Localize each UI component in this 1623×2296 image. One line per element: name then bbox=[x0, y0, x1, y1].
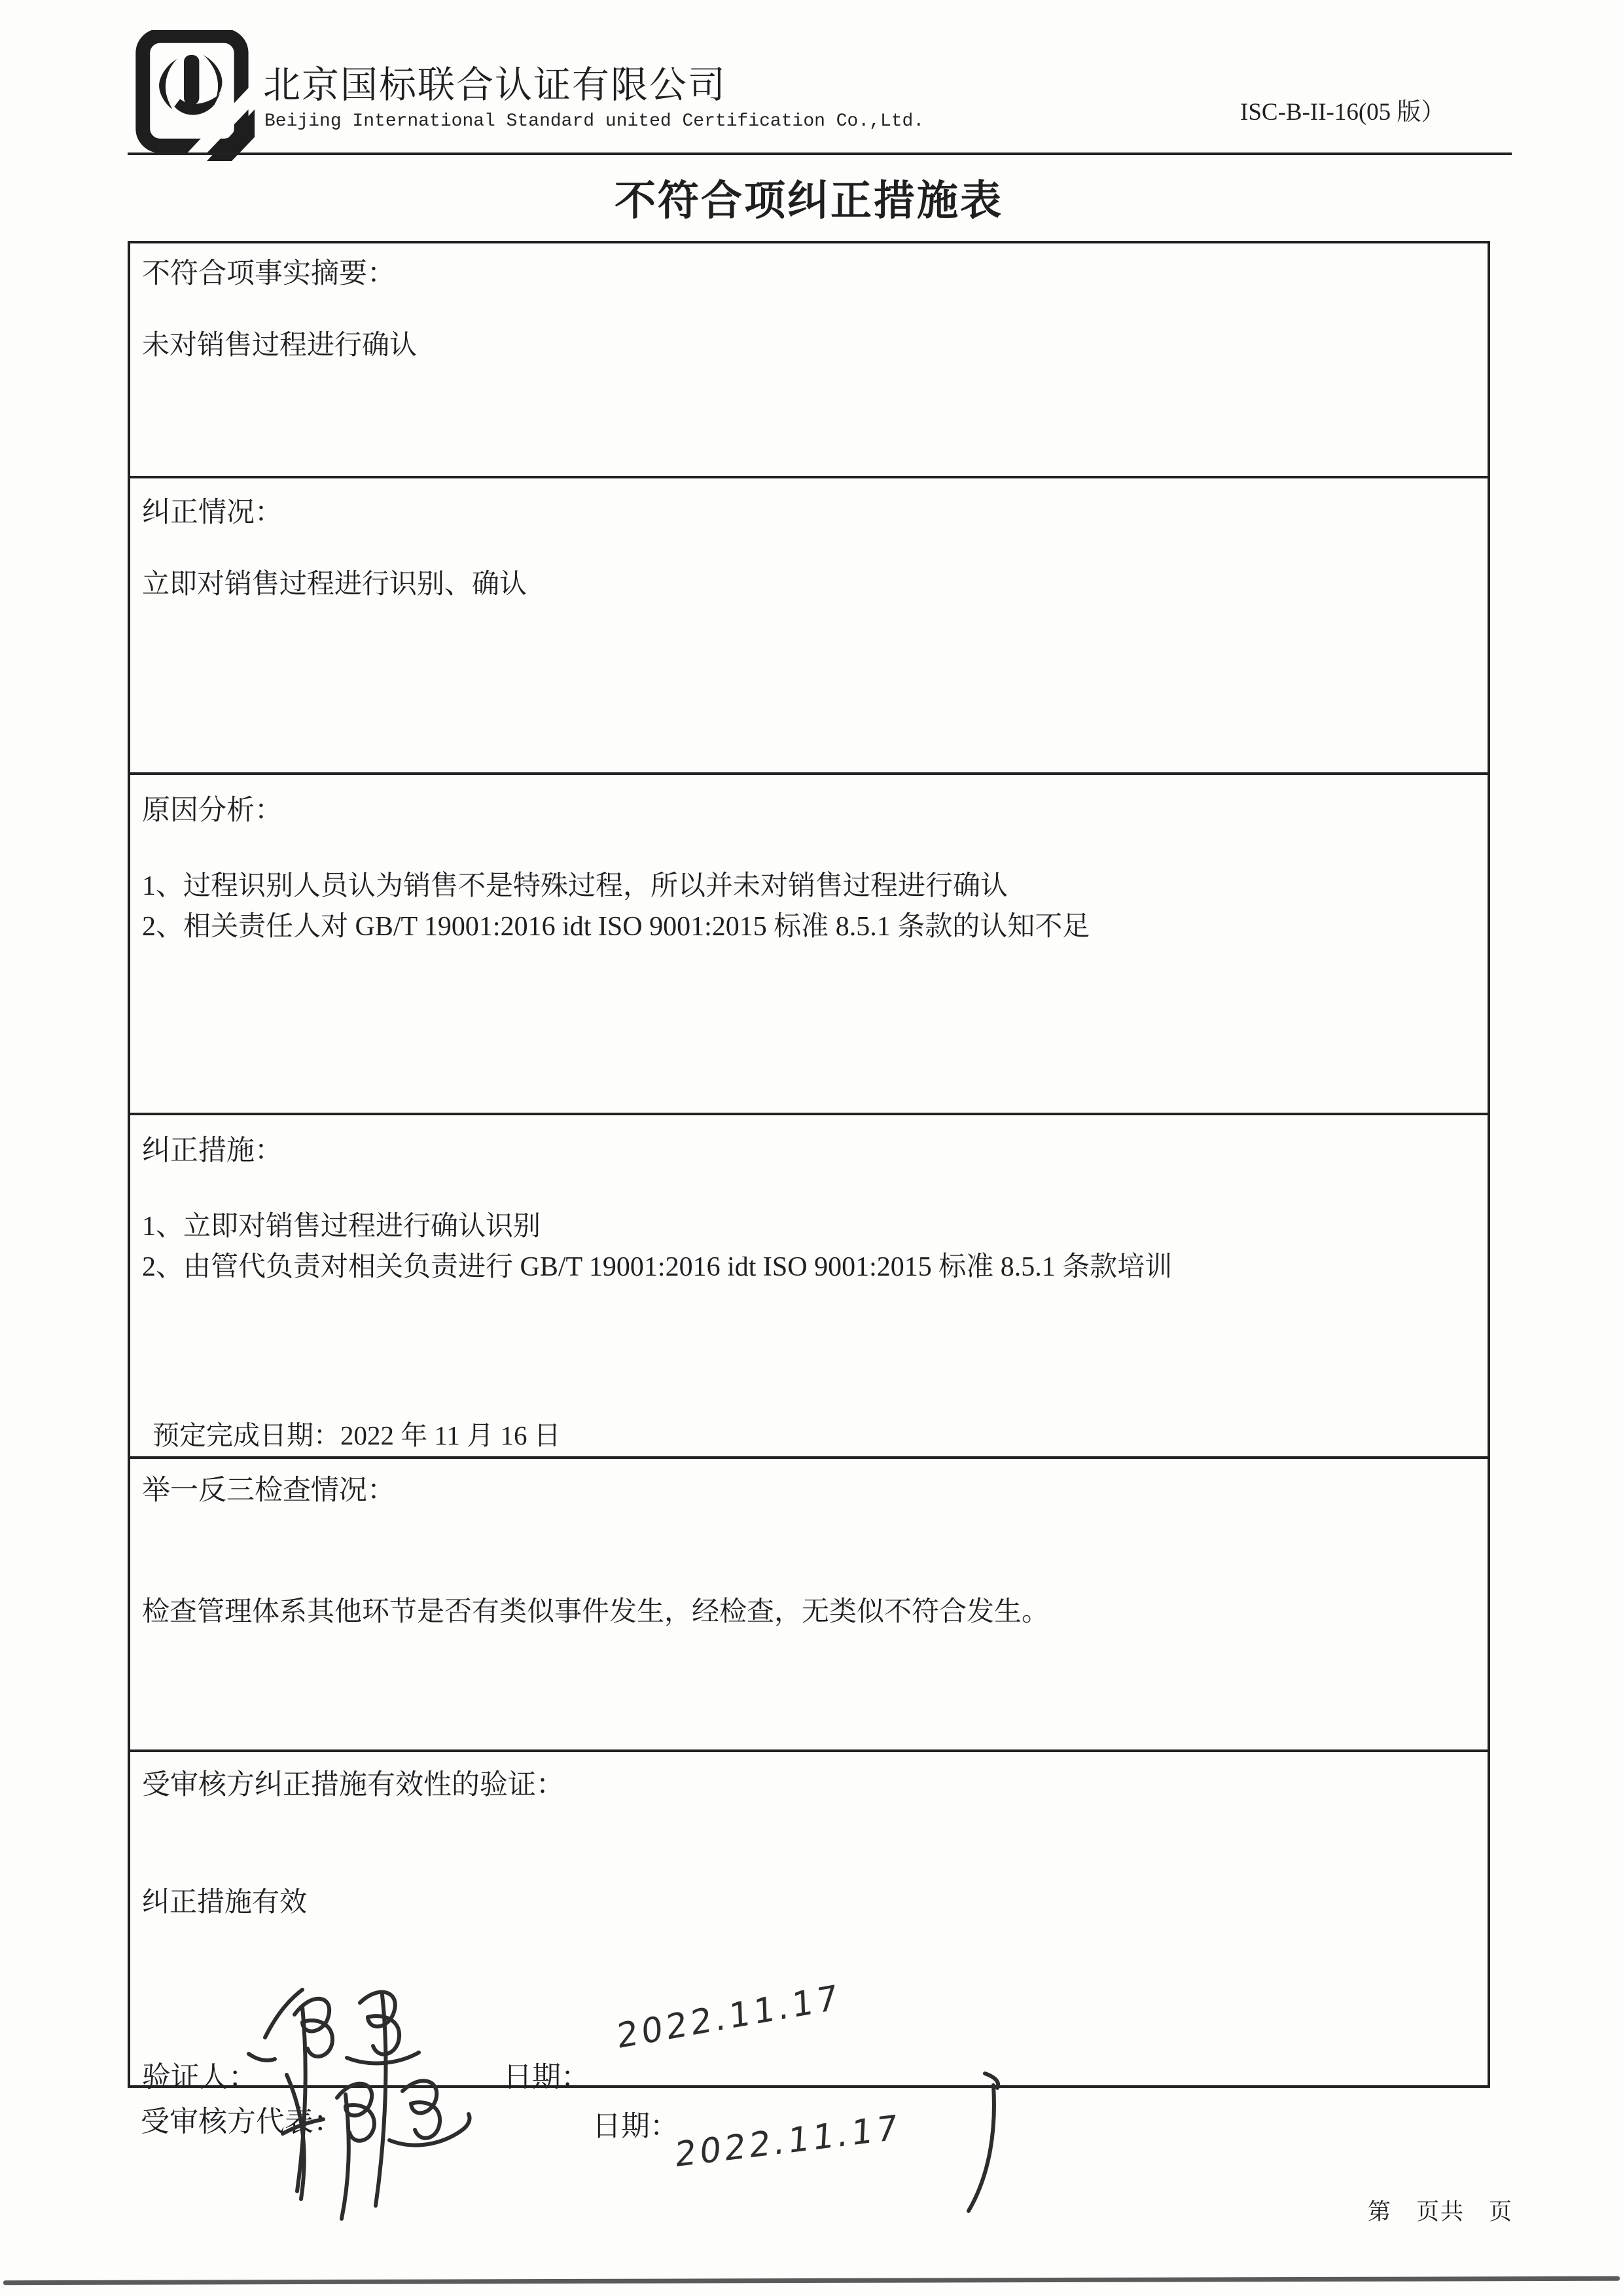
extended-check-content: 检查管理体系其他环节是否有类似事件发生，经检查，无类似不符合发生。 bbox=[142, 1595, 1049, 1630]
correction-label: 纠正情况： bbox=[142, 490, 283, 530]
cause-analysis-label: 原因分析： bbox=[142, 788, 283, 828]
auditee-date-handwritten: 2022.11.17 bbox=[674, 2108, 902, 2175]
cause-item-2: 2、相关责任人对 GB/T 19001:2016 idt ISO 9001:20… bbox=[142, 910, 1090, 944]
scan-edge-artifact bbox=[3, 2276, 1620, 2285]
page-title: 不符合项纠正措施表 bbox=[128, 168, 1490, 227]
header-divider bbox=[128, 152, 1512, 155]
company-name-en: Beijing International Standard united Ce… bbox=[264, 111, 924, 132]
section-cause-analysis: 原因分析： 1、过程识别人员认为销售不是特殊过程，所以并未对销售过程进行确认 2… bbox=[130, 772, 1488, 1113]
form-table: 不符合项事实摘要： 未对销售过程进行确认 纠正情况： 立即对销售过程进行识别、确… bbox=[128, 241, 1490, 2088]
auditee-date-label: 日期： bbox=[592, 2102, 679, 2144]
verifier-label: 验证人： bbox=[142, 2053, 257, 2095]
page-number-text: 第 页共 页 bbox=[1368, 2194, 1513, 2227]
company-logo-icon bbox=[134, 30, 259, 161]
form-code: ISC-B-II-16(05 版） bbox=[1240, 92, 1445, 127]
corrective-actions-label: 纠正措施： bbox=[142, 1128, 283, 1168]
section-correction: 纠正情况： 立即对销售过程进行识别、确认 bbox=[130, 476, 1488, 772]
extended-check-label: 举一反三检查情况： bbox=[142, 1468, 395, 1508]
verifier-date-label: 日期： bbox=[503, 2053, 590, 2095]
planned-completion-date: 预定完成日期：2022 年 11 月 16 日 bbox=[152, 1419, 561, 1452]
section-summary: 不符合项事实摘要： 未对销售过程进行确认 bbox=[130, 243, 1488, 476]
verification-content: 纠正措施有效 bbox=[142, 1886, 307, 1920]
company-name-cn: 北京国标联合认证有限公司 bbox=[263, 55, 726, 109]
auditee-representative-label: 受审核方代表： bbox=[141, 2098, 342, 2140]
correction-content: 立即对销售过程进行识别、确认 bbox=[142, 567, 527, 602]
section-verification: 受审核方纠正措施有效性的验证： 纠正措施有效 验证人： 日期： bbox=[130, 1749, 1488, 2085]
action-item-2: 2、由管代负责对相关负责进行 GB/T 19001:2016 idt ISO 9… bbox=[142, 1250, 1172, 1285]
section-corrective-actions: 纠正措施： 1、立即对销售过程进行确认识别 2、由管代负责对相关负责进行 GB/… bbox=[130, 1113, 1488, 1456]
summary-label: 不符合项事实摘要： bbox=[142, 251, 395, 291]
action-item-1: 1、立即对销售过程进行确认识别 bbox=[142, 1210, 541, 1244]
cause-item-1: 1、过程识别人员认为销售不是特殊过程，所以并未对销售过程进行确认 bbox=[142, 869, 1008, 904]
section-extended-check: 举一反三检查情况： 检查管理体系其他环节是否有类似事件发生，经检查，无类似不符合… bbox=[130, 1456, 1488, 1749]
summary-content: 未对销售过程进行确认 bbox=[142, 329, 417, 363]
document-page: 北京国标联合认证有限公司 Beijing International Stand… bbox=[0, 0, 1623, 2296]
date-pen-stroke bbox=[923, 2068, 1014, 2219]
verification-label: 受审核方纠正措施有效性的验证： bbox=[142, 1763, 564, 1803]
